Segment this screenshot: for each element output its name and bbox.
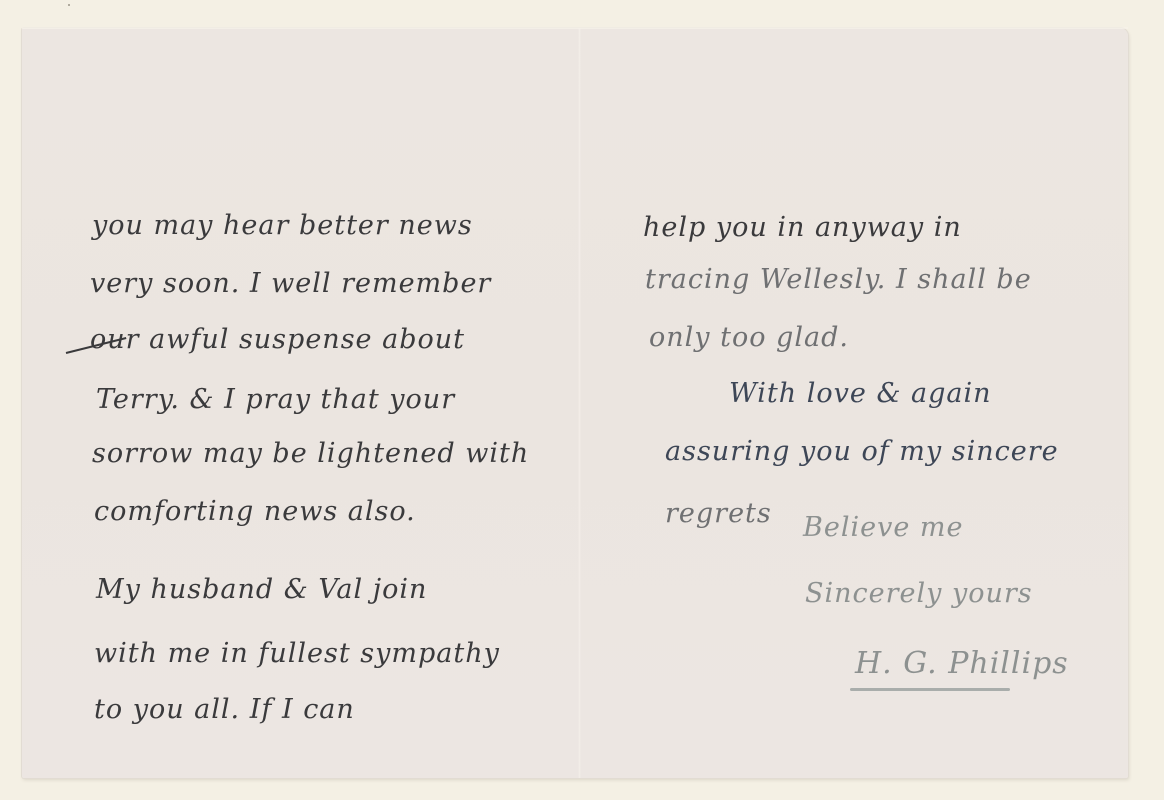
letter-line: help you in anyway in — [643, 212, 962, 243]
letter-line: Terry. & I pray that your — [96, 384, 455, 415]
letter-line: assuring you of my sincere — [665, 436, 1059, 467]
letter-line: tracing Wellesly. I shall be — [645, 264, 1032, 295]
letter-line: our awful suspense about — [90, 324, 465, 355]
right-page: help you in anyway in tracing Wellesly. … — [581, 28, 1128, 778]
signature-underline — [850, 688, 1010, 691]
letter-line: sorrow may be lightened with — [92, 438, 529, 469]
dust-speck — [68, 4, 70, 6]
letter-line: My husband & Val join — [96, 574, 427, 605]
signature: H. G. Phillips — [855, 646, 1069, 681]
left-page: you may hear better news very soon. I we… — [22, 28, 578, 778]
letter-line: regrets — [665, 498, 772, 529]
letter-line: very soon. I well remember — [90, 268, 491, 299]
letter-line: only too glad. — [649, 322, 849, 353]
letter-sheet: you may hear better news very soon. I we… — [22, 28, 1128, 778]
letter-line: you may hear better news — [92, 210, 473, 241]
letter-line: with me in fullest sympathy — [94, 638, 500, 669]
letter-line: comforting news also. — [94, 496, 416, 527]
closing-believe-me: Believe me — [803, 512, 963, 543]
letter-line: to you all. If I can — [94, 694, 355, 725]
closing-sincerely-yours: Sincerely yours — [805, 578, 1033, 609]
letter-line: With love & again — [729, 378, 992, 409]
